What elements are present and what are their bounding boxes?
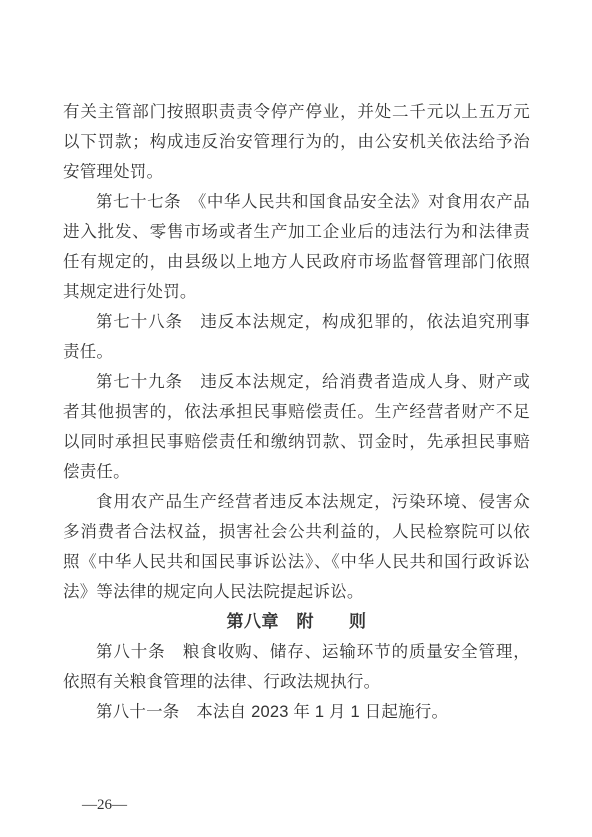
document-body: 有关主管部门按照职责责令停产停业，并处二千元以上五万元以下罚款；构成违反治安管理… [63, 97, 530, 727]
paragraph-continuation: 有关主管部门按照职责责令停产停业，并处二千元以上五万元以下罚款；构成违反治安管理… [63, 97, 530, 187]
page-number: —26— [82, 797, 127, 814]
paragraph-article-79: 第七十九条 违反本法规定，给消费者造成人身、财产或者其他损害的，依法承担民事赔偿… [63, 367, 530, 487]
paragraph-article-81: 第八十一条 本法自 2023 年 1 月 1 日起施行。 [63, 697, 530, 727]
paragraph-article-80: 第八十条 粮食收购、储存、运输环节的质量安全管理，依照有关粮食管理的法律、行政法… [63, 637, 530, 697]
paragraph-article-78: 第七十八条 违反本法规定，构成犯罪的，依法追究刑事责任。 [63, 307, 530, 367]
document-page: 有关主管部门按照职责责令停产停业，并处二千元以上五万元以下罚款；构成违反治安管理… [0, 0, 592, 837]
chapter-8-heading: 第八章 附 则 [63, 607, 530, 637]
paragraph-civil-litigation: 食用农产品生产经营者违反本法规定，污染环境、侵害众多消费者合法权益，损害社会公共… [63, 487, 530, 607]
paragraph-article-77: 第七十七条 《中华人民共和国食品安全法》对食用农产品进入批发、零售市场或者生产加… [63, 187, 530, 307]
